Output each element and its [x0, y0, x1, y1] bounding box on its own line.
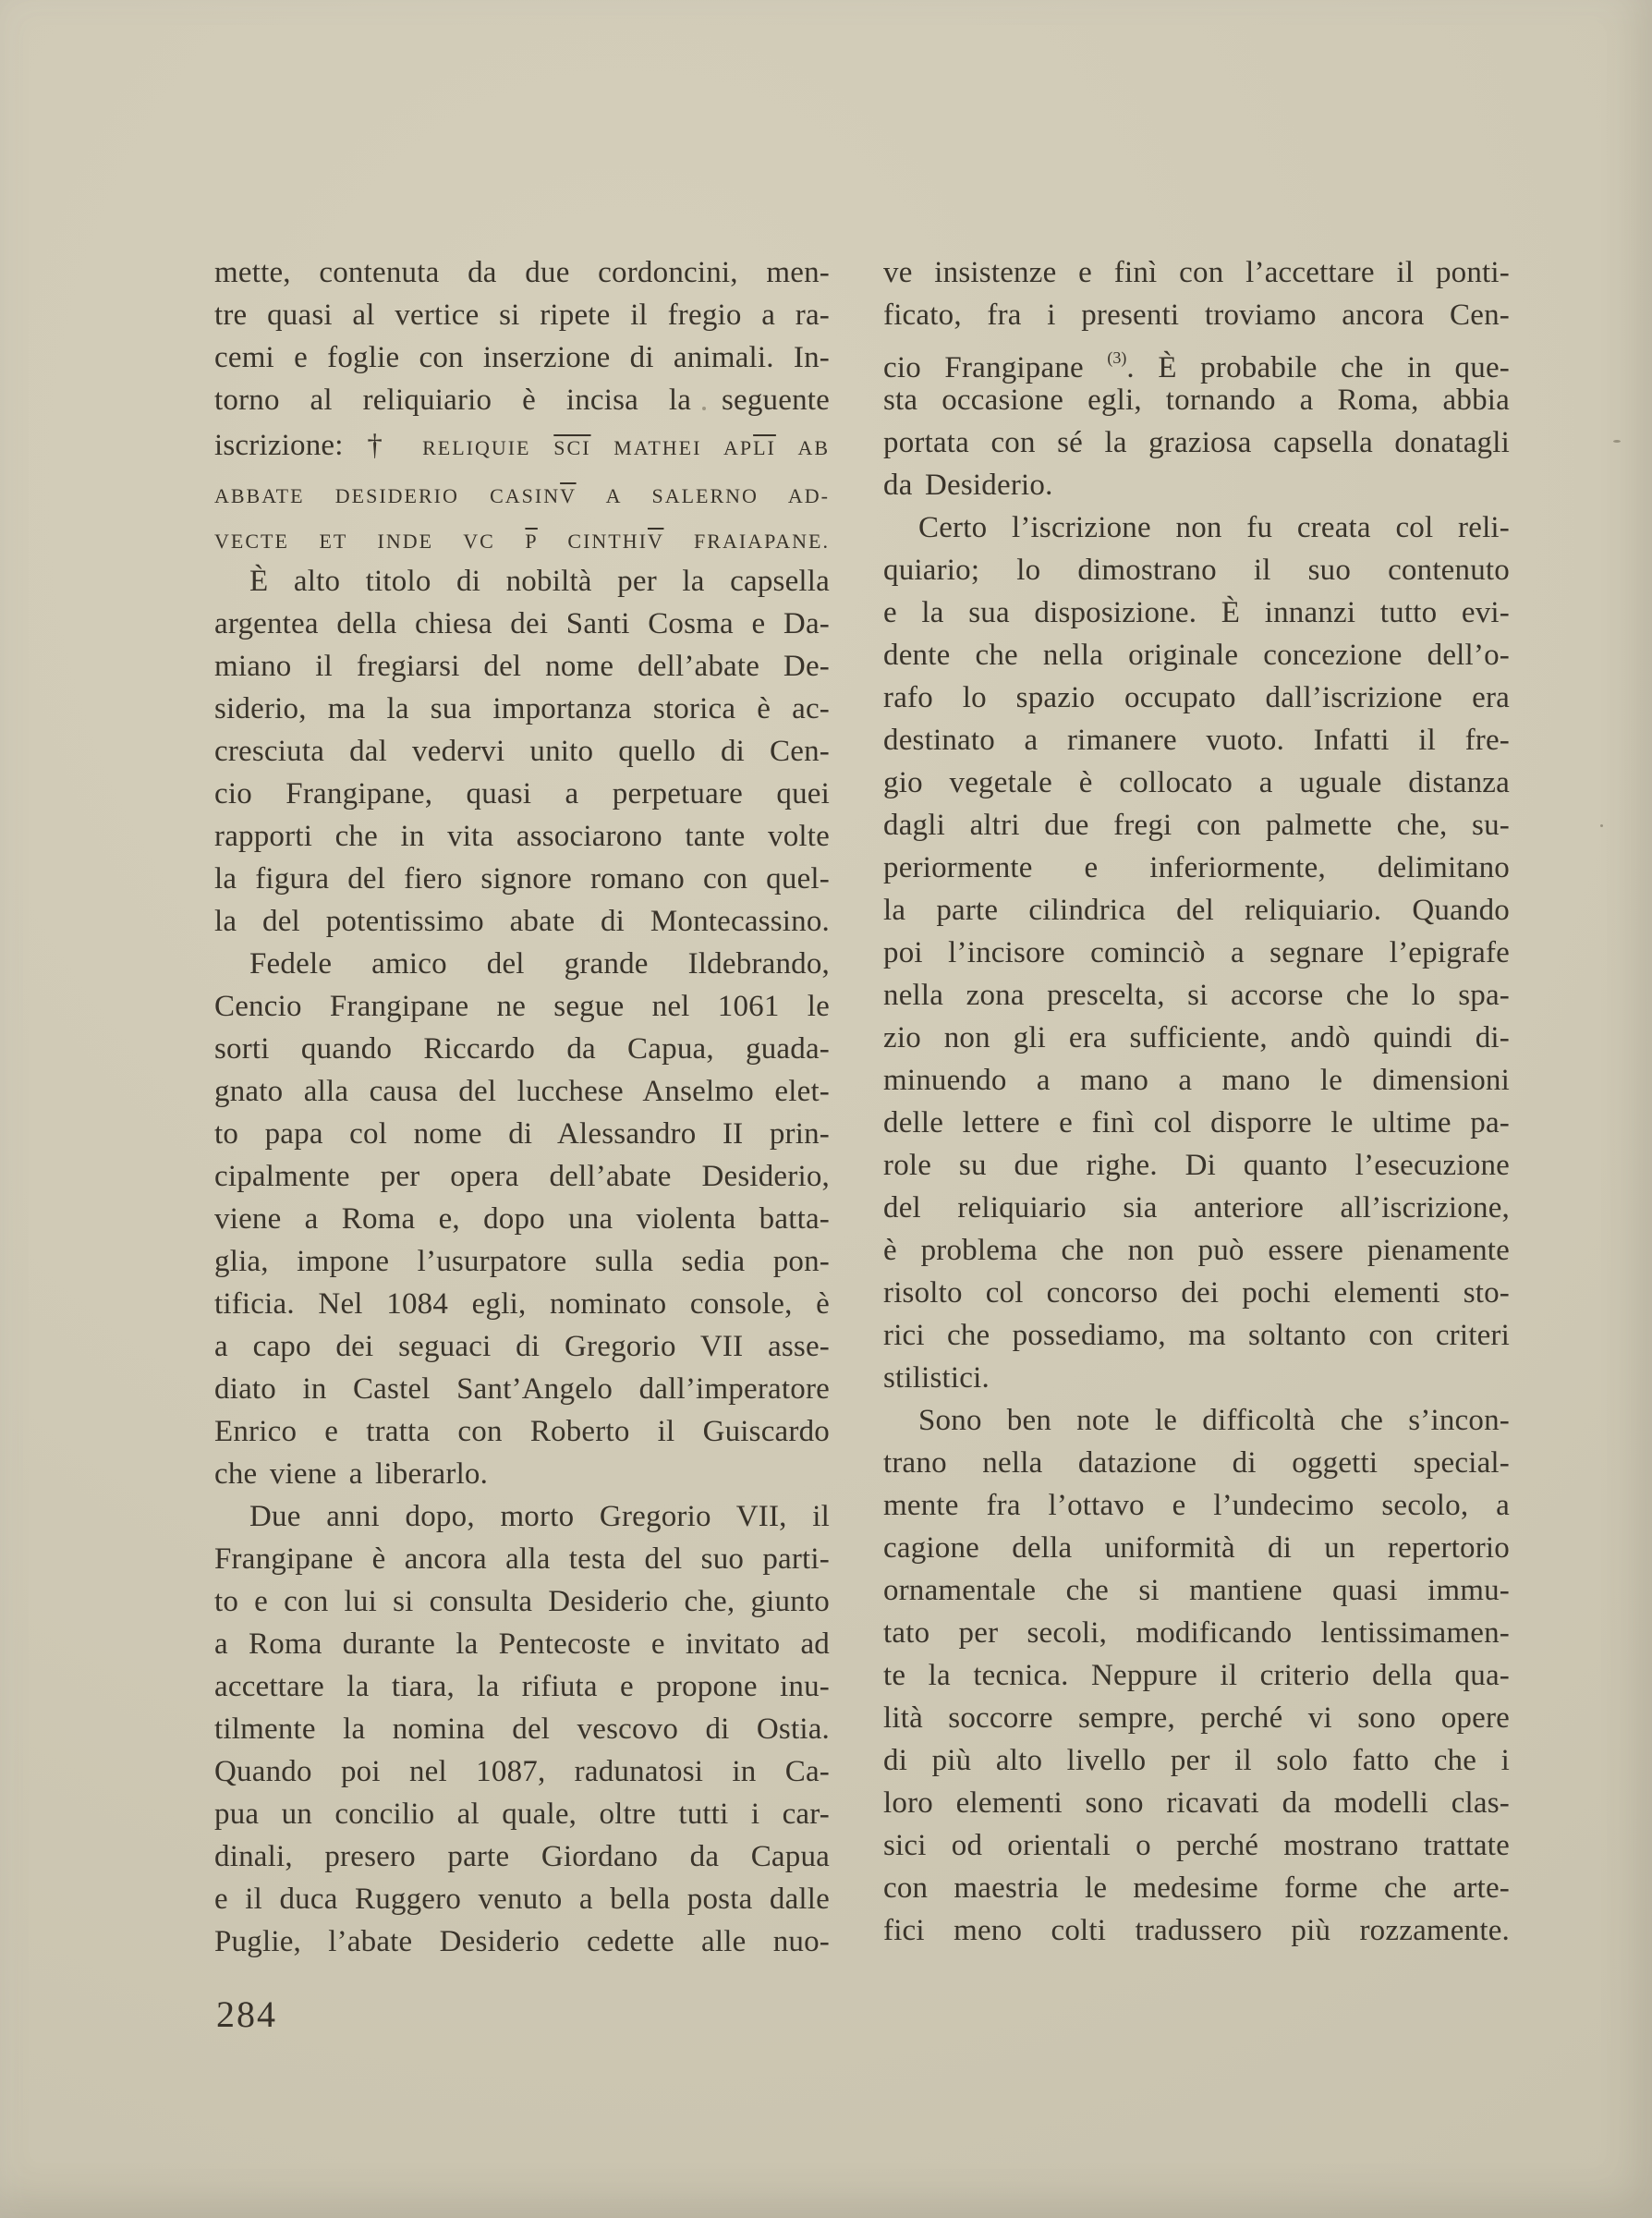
text-line: role su due righe. Di quanto l’esecuzion… [883, 1144, 1510, 1187]
inscription-small-caps: FRAIAPANE. [663, 530, 830, 553]
text-line: VECTE ET INDE VC P CINTHIV FRAIAPANE. [214, 518, 830, 560]
text-line: e la sua disposizione. È innanzi tutto e… [883, 591, 1510, 634]
text-line: e il duca Ruggero venuto a bella posta d… [214, 1878, 830, 1920]
footnote-marker: (3) [1107, 348, 1126, 367]
overlined-inscription-text: V [560, 484, 577, 507]
text-line: È alto titolo di nobiltà per la capsella [214, 560, 830, 603]
text-line: miano il fregiarsi del nome dell’abate D… [214, 645, 830, 688]
text-line: ficato, fra i presenti troviamo ancora C… [883, 294, 1510, 336]
page-number: 284 [216, 1993, 277, 2036]
text-line: glia, impone l’usurpatore sulla sedia po… [214, 1240, 830, 1283]
paper-speck [1613, 440, 1621, 443]
text-line: fici meno colti tradussero più rozzament… [883, 1909, 1510, 1952]
text-line: to papa col nome di Alessandro II prin- [214, 1113, 830, 1155]
inscription-small-caps: ABBATE DESIDERIO CASIN [214, 484, 560, 507]
text-line: quiario; lo dimostrano il suo contenuto [883, 549, 1510, 591]
text-line: portata con sé la graziosa capsella dona… [883, 421, 1510, 464]
text-line: gio vegetale è collocato a uguale distan… [883, 762, 1510, 804]
paper-speck [702, 407, 706, 410]
text-line: to e con lui si consulta Desiderio che, … [214, 1580, 830, 1623]
text-line: tificia. Nel 1084 egli, nominato console… [214, 1283, 830, 1325]
text-line: rici che possediamo, ma soltanto con cri… [883, 1314, 1510, 1357]
text-line: che viene a liberarlo. [214, 1453, 830, 1495]
text-line: dente che nella originale concezione del… [883, 634, 1510, 676]
text-line: cresciuta dal vedervi unito quello di Ce… [214, 730, 830, 773]
text-line: del reliquiario sia anteriore all’iscriz… [883, 1187, 1510, 1229]
text-segment: iscrizione: † [214, 429, 422, 462]
text-line: la figura del fiero signore romano con q… [214, 858, 830, 900]
text-line: cagione della uniformità di un repertori… [883, 1527, 1510, 1569]
inscription-small-caps: MATHEI AP [591, 436, 754, 459]
text-line: Cencio Frangipane ne segue nel 1061 le [214, 985, 830, 1028]
text-line: con maestria le medesime forme che arte- [883, 1867, 1510, 1909]
text-line: sta occasione egli, tornando a Roma, abb… [883, 379, 1510, 421]
text-line: poi l’incisore cominciò a segnare l’epig… [883, 932, 1510, 974]
text-line: diato in Castel Sant’Angelo dall’imperat… [214, 1368, 830, 1410]
text-line: cipalmente per opera dell’abate Desideri… [214, 1155, 830, 1198]
text-line: destinato a rimanere vuoto. Infatti il f… [883, 719, 1510, 762]
text-line: delle lettere e finì col disporre le ult… [883, 1102, 1510, 1144]
text-line: dinali, presero parte Giordano da Capua [214, 1835, 830, 1878]
overlined-inscription-text: V [648, 530, 664, 553]
text-line: Enrico e tratta con Roberto il Guiscardo [214, 1410, 830, 1453]
text-line: rapporti che in vita associarono tante v… [214, 815, 830, 858]
text-line: siderio, ma la sua importanza storica è … [214, 688, 830, 730]
text-column-left: mette, contenuta da due cordoncini, men-… [214, 251, 830, 1963]
text-line: Sono ben note le difficoltà che s’incon- [883, 1399, 1510, 1442]
text-line: periormente e inferiormente, delimitano [883, 847, 1510, 889]
inscription-small-caps: A SALERNO AD- [577, 484, 830, 507]
inscription-small-caps: VECTE ET INDE VC [214, 530, 525, 553]
text-line: mente fra l’ottavo e l’undecimo secolo, … [883, 1484, 1510, 1527]
text-line: lità soccorre sempre, perché vi sono ope… [883, 1697, 1510, 1739]
text-line: ABBATE DESIDERIO CASINV A SALERNO AD- [214, 469, 830, 518]
text-line: zio non gli era sufficiente, andò quindi… [883, 1017, 1510, 1059]
text-line: Puglie, l’abate Desiderio cedette alle n… [214, 1920, 830, 1963]
text-line: Certo l’iscrizione non fu creata col rel… [883, 506, 1510, 549]
text-line: trano nella datazione di oggetti special… [883, 1442, 1510, 1484]
text-line: di più alto livello per il solo fatto ch… [883, 1739, 1510, 1782]
text-line: Frangipane è ancora alla testa del suo p… [214, 1538, 830, 1580]
text-line: Due anni dopo, morto Gregorio VII, il [214, 1495, 830, 1538]
text-line: loro elementi sono ricavati da modelli c… [883, 1782, 1510, 1824]
text-line: Quando poi nel 1087, radunatosi in Ca- [214, 1750, 830, 1793]
text-line: dagli altri due fregi con palmette che, … [883, 804, 1510, 847]
text-line: tre quasi al vertice si ripete il fregio… [214, 294, 830, 336]
text-line: da Desiderio. [883, 464, 1510, 506]
text-line: torno al reliquiario è incisa la seguent… [214, 379, 830, 421]
text-line: a Roma durante la Pentecoste e invitato … [214, 1623, 830, 1665]
text-line: a capo dei seguaci di Gregorio VII asse- [214, 1325, 830, 1368]
text-line: viene a Roma e, dopo una violenta batta- [214, 1198, 830, 1240]
text-line: nella zona prescelta, si accorse che lo … [883, 974, 1510, 1017]
text-line: minuendo a mano a mano le dimensioni [883, 1059, 1510, 1102]
text-line: ve insistenze e finì con l’accettare il … [883, 251, 1510, 294]
text-line: accettare la tiara, la rifiuta e propone… [214, 1665, 830, 1708]
overlined-inscription-text: LI [753, 436, 776, 459]
text-column-right: ve insistenze e finì con l’accettare il … [883, 251, 1510, 1952]
inscription-small-caps: RELIQUIE [422, 436, 553, 459]
text-line: la del potentissimo abate di Montecassin… [214, 900, 830, 943]
overlined-inscription-text: P [525, 530, 537, 553]
text-line: sorti quando Riccardo da Capua, guada- [214, 1028, 830, 1070]
text-line: argentea della chiesa dei Santi Cosma e … [214, 603, 830, 645]
text-line: tilmente la nomina del vescovo di Ostia. [214, 1708, 830, 1750]
inscription-small-caps: AB [776, 436, 830, 459]
text-line: gnato alla causa del lucchese Anselmo el… [214, 1070, 830, 1113]
text-line: stilistici. [883, 1357, 1510, 1399]
text-line: risolto col concorso dei pochi elementi … [883, 1272, 1510, 1314]
text-line: te la tecnica. Neppure il criterio della… [883, 1654, 1510, 1697]
book-page: mette, contenuta da due cordoncini, men-… [0, 0, 1652, 2218]
inscription-small-caps: CINTHI [538, 530, 648, 553]
text-line: sici od orientali o perché mostrano trat… [883, 1824, 1510, 1867]
text-line: tato per secoli, modificando lentissimam… [883, 1612, 1510, 1654]
text-line: cemi e foglie con inserzione di animali.… [214, 336, 830, 379]
text-line: rafo lo spazio occupato dall’iscrizione … [883, 676, 1510, 719]
text-line: pua un concilio al quale, oltre tutti i … [214, 1793, 830, 1835]
text-line: mette, contenuta da due cordoncini, men- [214, 251, 830, 294]
overlined-inscription-text: SCI [553, 436, 590, 459]
text-line: la parte cilindrica del reliquiario. Qua… [883, 889, 1510, 932]
text-line: cio Frangipane, quasi a perpetuare quei [214, 773, 830, 815]
text-line: iscrizione: † RELIQUIE SCI MATHEI APLI A… [214, 421, 830, 469]
text-line: cio Frangipane (3). È probabile che in q… [883, 336, 1510, 379]
paper-speck [1600, 824, 1603, 827]
text-line: è problema che non può essere pienamente [883, 1229, 1510, 1272]
text-line: ornamentale che si mantiene quasi immu- [883, 1569, 1510, 1612]
text-line: Fedele amico del grande Ildebrando, [214, 943, 830, 985]
